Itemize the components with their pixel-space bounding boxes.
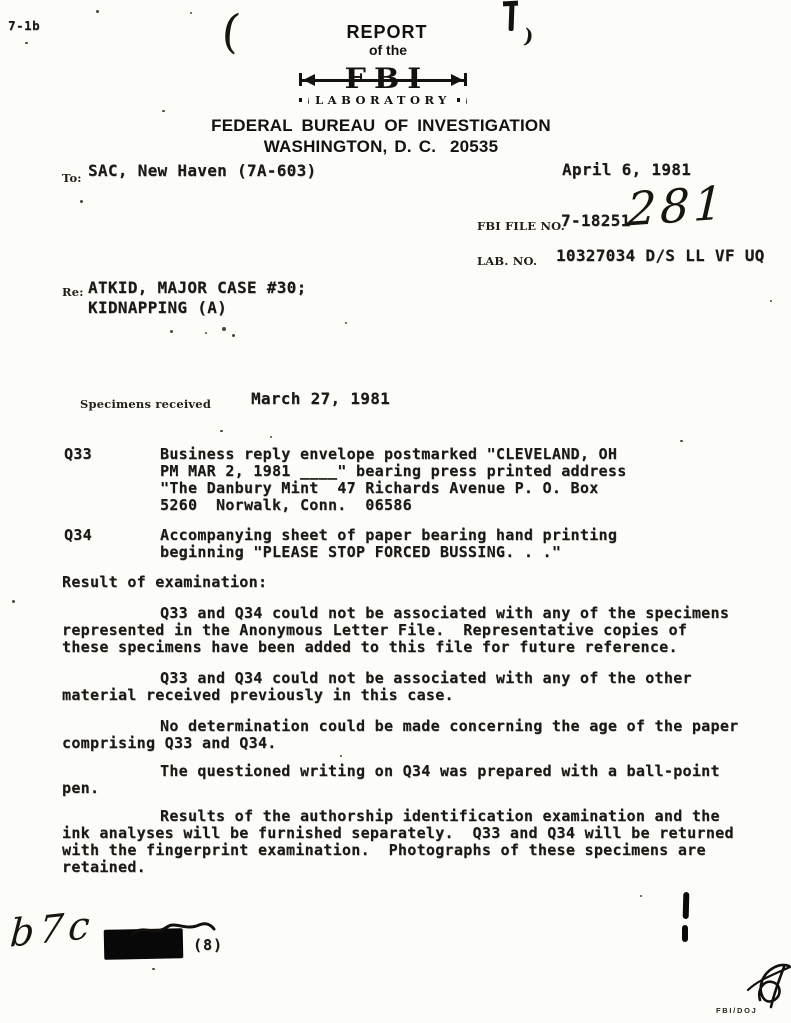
handwritten-number: 281 <box>626 175 727 236</box>
ink-speck <box>220 430 223 432</box>
results-heading: Result of examination: <box>62 574 267 591</box>
logo-dash-left <box>299 98 302 102</box>
fbi-file-value: 7-18251 <box>561 211 631 231</box>
ink-speck <box>12 600 15 603</box>
re-label: Re: <box>62 285 84 299</box>
results-paragraph: No determination could be made concernin… <box>62 718 762 752</box>
scanned-document-page: 7-1b ( ) REPORT of the FBI LABORATORY FE… <box>0 0 791 1023</box>
logo-nub-right <box>466 97 467 104</box>
form-code: 7-1b <box>8 18 40 33</box>
re-value: ATKID, MAJOR CASE #30; KIDNAPPING (A) <box>88 278 307 318</box>
ink-t-mark <box>501 1 521 33</box>
handwritten-exemption-code: b7c <box>9 902 96 955</box>
ink-speck <box>770 300 772 302</box>
specimen-description: Accompanying sheet of paper bearing hand… <box>160 527 720 561</box>
ink-speck <box>222 327 226 331</box>
to-label: To: <box>62 171 82 185</box>
ink-speck <box>270 436 272 438</box>
report-subtitle: of the <box>369 42 407 58</box>
handwritten-scribble <box>744 960 791 1010</box>
ink-speck <box>170 330 173 333</box>
results-paragraph: Q33 and Q34 could not be associated with… <box>62 605 762 656</box>
ink-speck <box>190 12 192 14</box>
ink-speck <box>680 440 683 442</box>
logo-nub-left <box>308 97 309 104</box>
specimen-id: Q34 <box>64 527 92 544</box>
lab-no-label: LAB. NO. <box>477 254 537 268</box>
ink-speck <box>232 334 235 337</box>
ink-paren-right-mark: ) <box>522 23 535 48</box>
to-value: SAC, New Haven (7A-603) <box>88 161 316 181</box>
specimen-description: Business reply envelope postmarked "CLEV… <box>160 446 720 514</box>
ink-speck <box>80 200 83 203</box>
agency-stamp: FBI/DOJ <box>716 1006 758 1015</box>
copy-count: (8) <box>193 936 223 954</box>
fbi-file-label: FBI FILE NO. <box>477 219 565 233</box>
agency-name: FEDERAL BUREAU OF INVESTIGATION <box>211 116 551 136</box>
ink-speck <box>205 332 207 334</box>
ink-speck <box>96 10 99 13</box>
ink-speck <box>345 322 347 324</box>
ink-speck <box>152 968 155 970</box>
specimen-id: Q33 <box>64 446 92 463</box>
report-title: REPORT <box>346 22 427 43</box>
specimens-received-date: March 27, 1981 <box>251 389 390 409</box>
ink-t-mark-stem <box>509 4 515 31</box>
results-paragraph: Q33 and Q34 could not be associated with… <box>62 670 762 704</box>
agency-address: WASHINGTON, D. C. 20535 <box>264 137 499 157</box>
lab-no-value: 10327034 D/S LL VF UQ <box>556 246 765 266</box>
ink-vertical-mark <box>682 925 688 942</box>
fbi-logo-row: FBI <box>299 63 467 96</box>
ink-speck <box>640 895 642 897</box>
specimens-received-label: Specimens received <box>80 397 211 411</box>
ink-paren-left-mark: ( <box>219 3 242 59</box>
document-date: April 6, 1981 <box>562 160 691 180</box>
results-paragraph: The questioned writing on Q34 was prepar… <box>62 763 762 797</box>
logo-dash-right <box>457 98 460 102</box>
fbi-laboratory-logo: FBI LABORATORY <box>299 63 467 111</box>
ink-speck <box>340 755 342 757</box>
fbi-logo-word: FBI <box>299 64 467 94</box>
results-paragraph: Results of the authorship identification… <box>62 808 762 876</box>
ink-speck <box>25 42 28 44</box>
ink-vertical-mark <box>683 892 690 919</box>
ink-speck <box>162 110 165 112</box>
